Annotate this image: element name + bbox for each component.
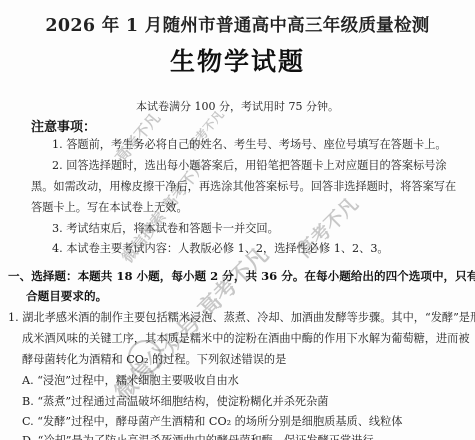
question-1-option-a: A. “浸泡”过程中，糯米细胞主要吸收自由水 xyxy=(22,372,239,388)
notice-item-2-cont2: 答题卡上。写在本试卷上无效。 xyxy=(31,199,188,215)
exam-info: 本试卷满分 100 分，考试用时 75 分钟。 xyxy=(0,98,475,114)
section-one-heading-cont: 合题目要求的。 xyxy=(26,288,107,304)
question-1-option-c: C. “发酵”过程中，酵母菌产生酒精和 CO₂ 的场所分别是细胞质基质、线粒体 xyxy=(22,413,402,429)
exam-page: 2026 年 1 月随州市普通高中高三年级质量检测 生物学试题 本试卷满分 10… xyxy=(0,0,475,440)
exam-title: 2026 年 1 月随州市普通高中高三年级质量检测 xyxy=(0,12,475,37)
question-1-option-d: D. “冷却”是为了防止高温杀死酒曲中的酵母菌和酶，保证发酵正常进行 xyxy=(22,432,374,440)
notice-heading: 注意事项： xyxy=(31,116,96,135)
exam-subject-title: 生物学试题 xyxy=(0,42,475,78)
notice-item-2: 2. 回答选择题时，选出每小题答案后，用铅笔把答题卡上对应题目的答案标号涂 xyxy=(52,157,447,173)
question-1-stem-cont2: 酵母菌转化为酒精和 CO₂ 的过程。下列叙述错误的是 xyxy=(22,351,286,367)
section-one-heading: 一、选择题：本题共 18 小题，每小题 2 分，共 36 分。在每小题给出的四个… xyxy=(8,268,475,284)
notice-item-4: 4. 本试卷主要考试内容：人教版必修 1、2，选择性必修 1、2、3。 xyxy=(52,240,389,256)
notice-item-2-cont: 黑。如需改动，用橡皮擦干净后，再选涂其他答案标号。回答非选择题时，将答案写在 xyxy=(31,178,456,194)
question-1-stem-cont: 成米酒风味的关键工序，其本质是糯米中的淀粉在酒曲中酶的作用下水解为葡萄糖，进而被 xyxy=(22,330,470,346)
notice-item-1: 1. 答题前，考生务必将自己的姓名、考生号、考场号、座位号填写在答题卡上。 xyxy=(52,136,447,152)
question-1-option-b: B. “蒸煮”过程通过高温破坏细胞结构，使淀粉糊化并杀死杂菌 xyxy=(22,393,328,409)
notice-item-3: 3. 考试结束后，将本试卷和答题卡一并交回。 xyxy=(52,220,279,236)
question-1-stem: 1. 湖北孝感米酒的制作主要包括糯米浸泡、蒸煮、冷却、加酒曲发酵等步骤。其中，“… xyxy=(8,309,475,325)
